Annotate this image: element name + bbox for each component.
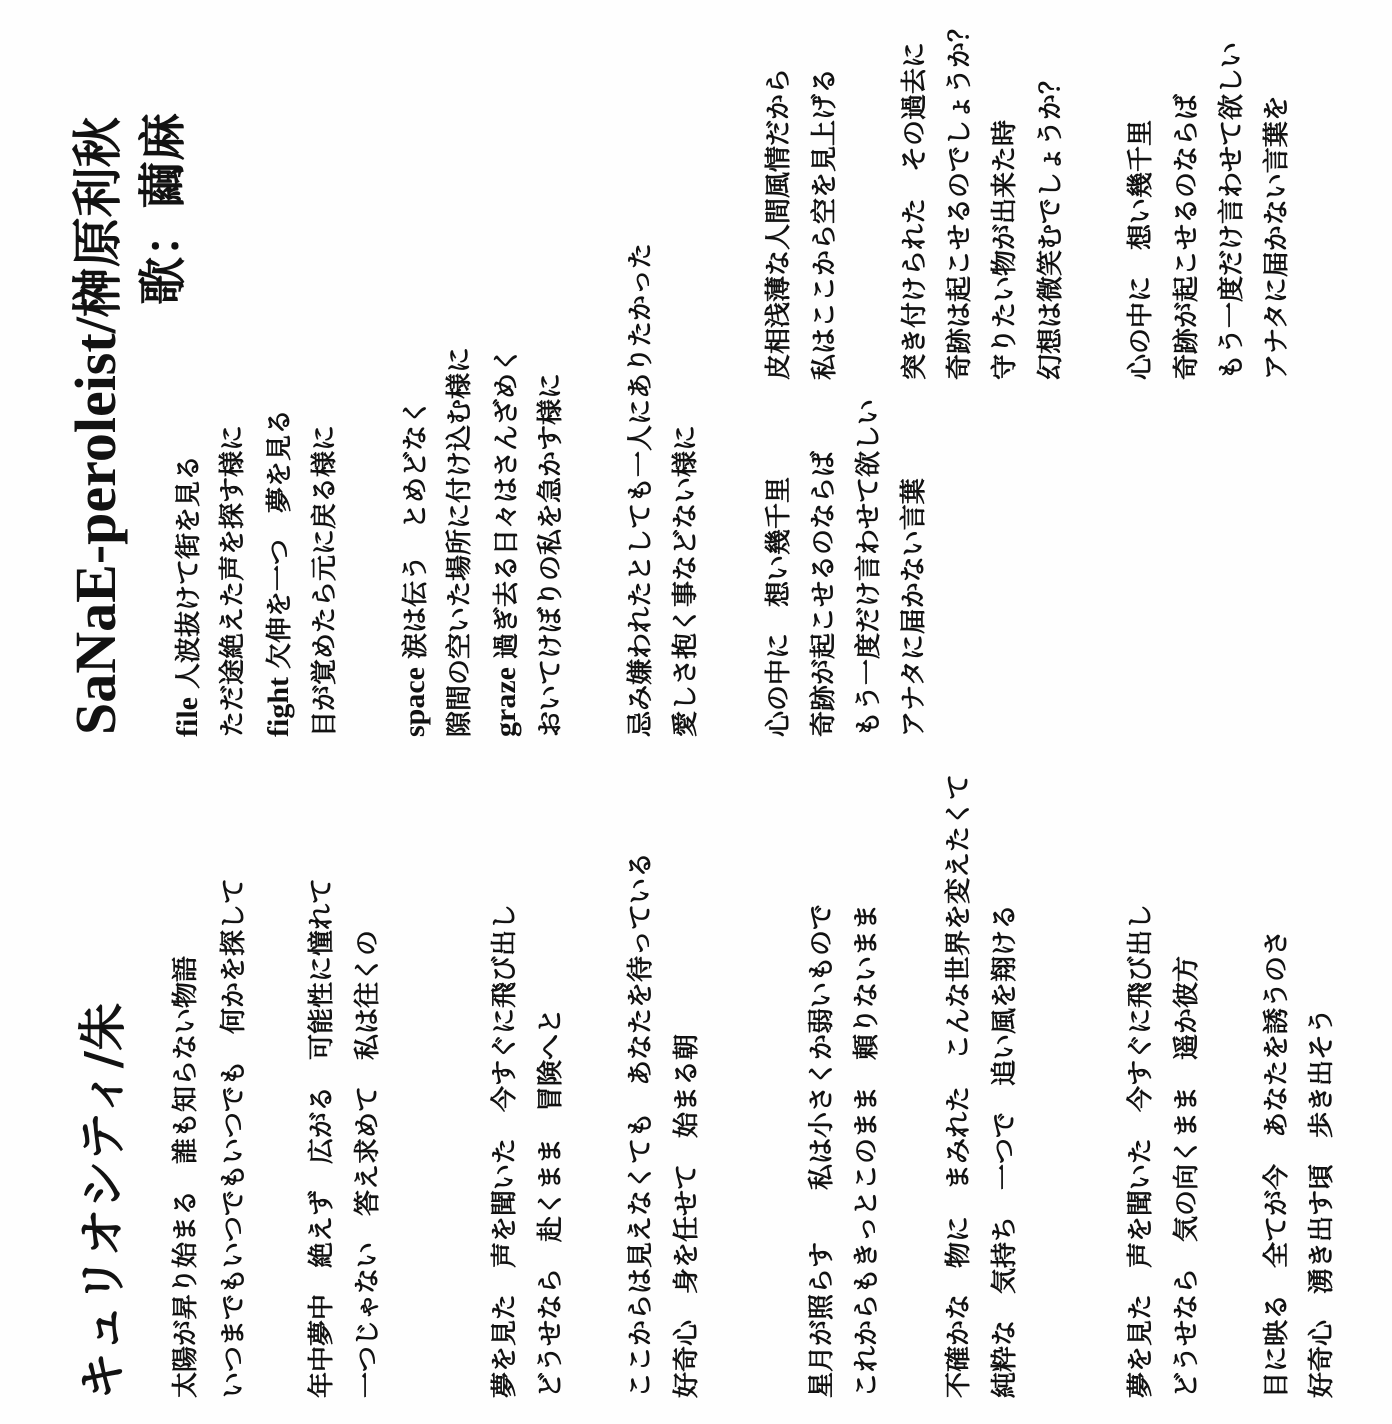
song-title-latin: SaNaE-peroleist/ <box>63 317 128 735</box>
lyric-line: 奇跡は起こせるのでしょうか？ <box>947 16 973 380</box>
lyric-line: 心の中に 想い幾千里 <box>1128 120 1154 380</box>
song-title-composer: 榊原利秋 <box>69 117 127 317</box>
vocal-credit: 歌：繭麻 <box>139 113 187 305</box>
lyric-line: 守りたい物が出来た時 <box>992 120 1018 380</box>
lyric-line: もう一度だけ言わせて欲しい <box>856 399 882 737</box>
lyric-text: 涙は伝う とめどなく <box>401 399 431 659</box>
song-title: SaNaE-peroleist/榊原利秋 <box>67 117 140 735</box>
lyric-line: file人波抜けて街を見る <box>175 455 202 737</box>
lyric-line: アナタに届かない言葉 <box>901 478 927 737</box>
lyrics-booklet-page: キュリオシティ/朱 太陽が昇り始まる 誰も知らない物語 いつまでもいつでもいつで… <box>0 0 1392 1424</box>
lyric-line: 心の中に 想い幾千里 <box>766 477 792 737</box>
lyric-text: 人波抜けて街を見る <box>174 455 204 689</box>
lyric-line: 目が覚めたら元に戻る様に <box>312 425 338 737</box>
lyric-english-word: space <box>398 667 431 737</box>
lyric-line: 隙間の空いた場所に付け込む様に <box>447 347 473 737</box>
lyric-text: 過ぎ去る日々はさんざめく <box>492 347 522 659</box>
lyric-line: 奇跡が起こせるのならば <box>1174 94 1200 380</box>
lyric-line: fight欠伸を一つ 夢を見る <box>266 409 293 737</box>
lyric-text: 欠伸を一つ 夢を見る <box>265 409 295 669</box>
lyric-english-word: fight <box>262 677 295 737</box>
lyric-line: 皮相浅薄な人間風情だから <box>766 68 792 380</box>
lyric-line: おいてけぼりの私を急かす様に <box>538 373 564 737</box>
song-sanae-peroleist: SaNaE-peroleist/榊原利秋 歌：繭麻 file人波抜けて街を見る … <box>0 0 1392 1424</box>
lyric-line: もう一度だけ言わせて欲しい <box>1219 42 1245 380</box>
lyric-line: アナタに届かない言葉を <box>1264 95 1290 380</box>
lyric-line: ただ途絶えた声を探す様に <box>220 425 246 737</box>
lyric-line: 私はここから空を見上げる <box>812 68 838 380</box>
lyric-line: 愛しさ抱く事などない様に <box>673 425 699 737</box>
lyric-line: graze過ぎ去る日々はさんざめく <box>493 347 520 737</box>
lyric-english-word: graze <box>489 667 522 737</box>
lyric-line: 幻想は微笑むでしょうか？ <box>1038 68 1064 380</box>
lyric-english-word: file <box>171 697 204 737</box>
lyric-line: 突き付けられた その過去に <box>902 42 928 380</box>
lyric-line: 奇跡が起こせるのならば <box>811 451 837 737</box>
lyric-line: space涙は伝う とめどなく <box>402 399 429 737</box>
lyric-line: 忌み嫌われたとしても一人にありたかった <box>628 243 654 737</box>
